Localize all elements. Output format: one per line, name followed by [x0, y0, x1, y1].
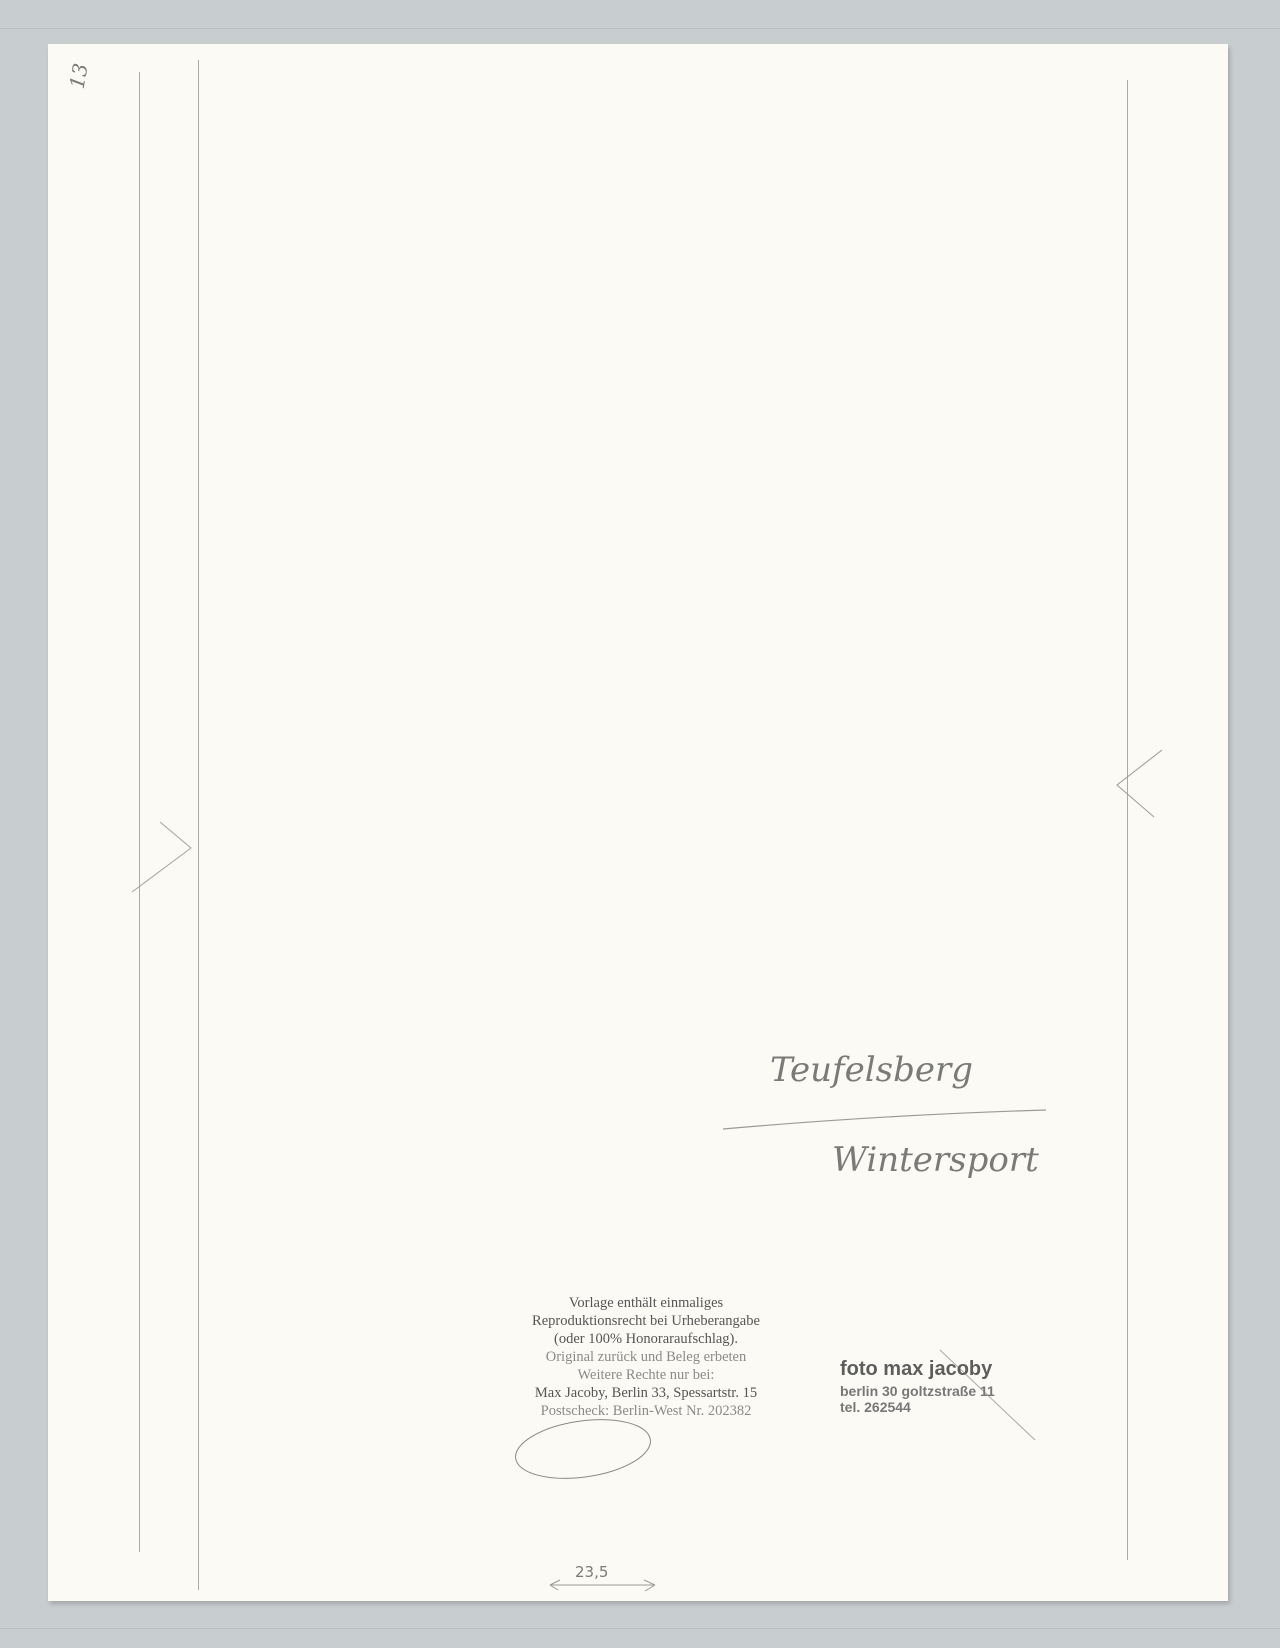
- corner-number-mark: 13: [65, 61, 93, 90]
- photographer-stamp: foto max jacoby berlin 30 goltzstraße 11…: [840, 1358, 995, 1415]
- photographer-name: foto max jacoby: [840, 1358, 995, 1381]
- handwritten-location: Teufelsberg: [770, 1050, 973, 1090]
- photographer-address: berlin 30 goltzstraße 11: [840, 1383, 995, 1399]
- handwritten-subject: Wintersport: [832, 1140, 1039, 1180]
- rights-stamp-line: Max Jacoby, Berlin 33, Spessartstr. 15: [486, 1384, 806, 1402]
- rights-stamp-line: Vorlage enthält einmaliges: [486, 1294, 806, 1312]
- rights-stamp: Vorlage enthält einmaliges Reproduktions…: [486, 1294, 806, 1420]
- photographer-phone: tel. 262544: [840, 1399, 995, 1415]
- handwritten-measurement: 23,5: [575, 1563, 608, 1581]
- rights-stamp-line: Postscheck: Berlin-West Nr. 202382: [486, 1402, 806, 1420]
- rights-stamp-line: Reproduktionsrecht bei Urheberangabe: [486, 1312, 806, 1330]
- rights-stamp-line: (oder 100% Honoraraufschlag).: [486, 1330, 806, 1348]
- rights-stamp-line: Original zurück und Beleg erbeten: [486, 1348, 806, 1366]
- rights-stamp-line: Weitere Rechte nur bei:: [486, 1366, 806, 1384]
